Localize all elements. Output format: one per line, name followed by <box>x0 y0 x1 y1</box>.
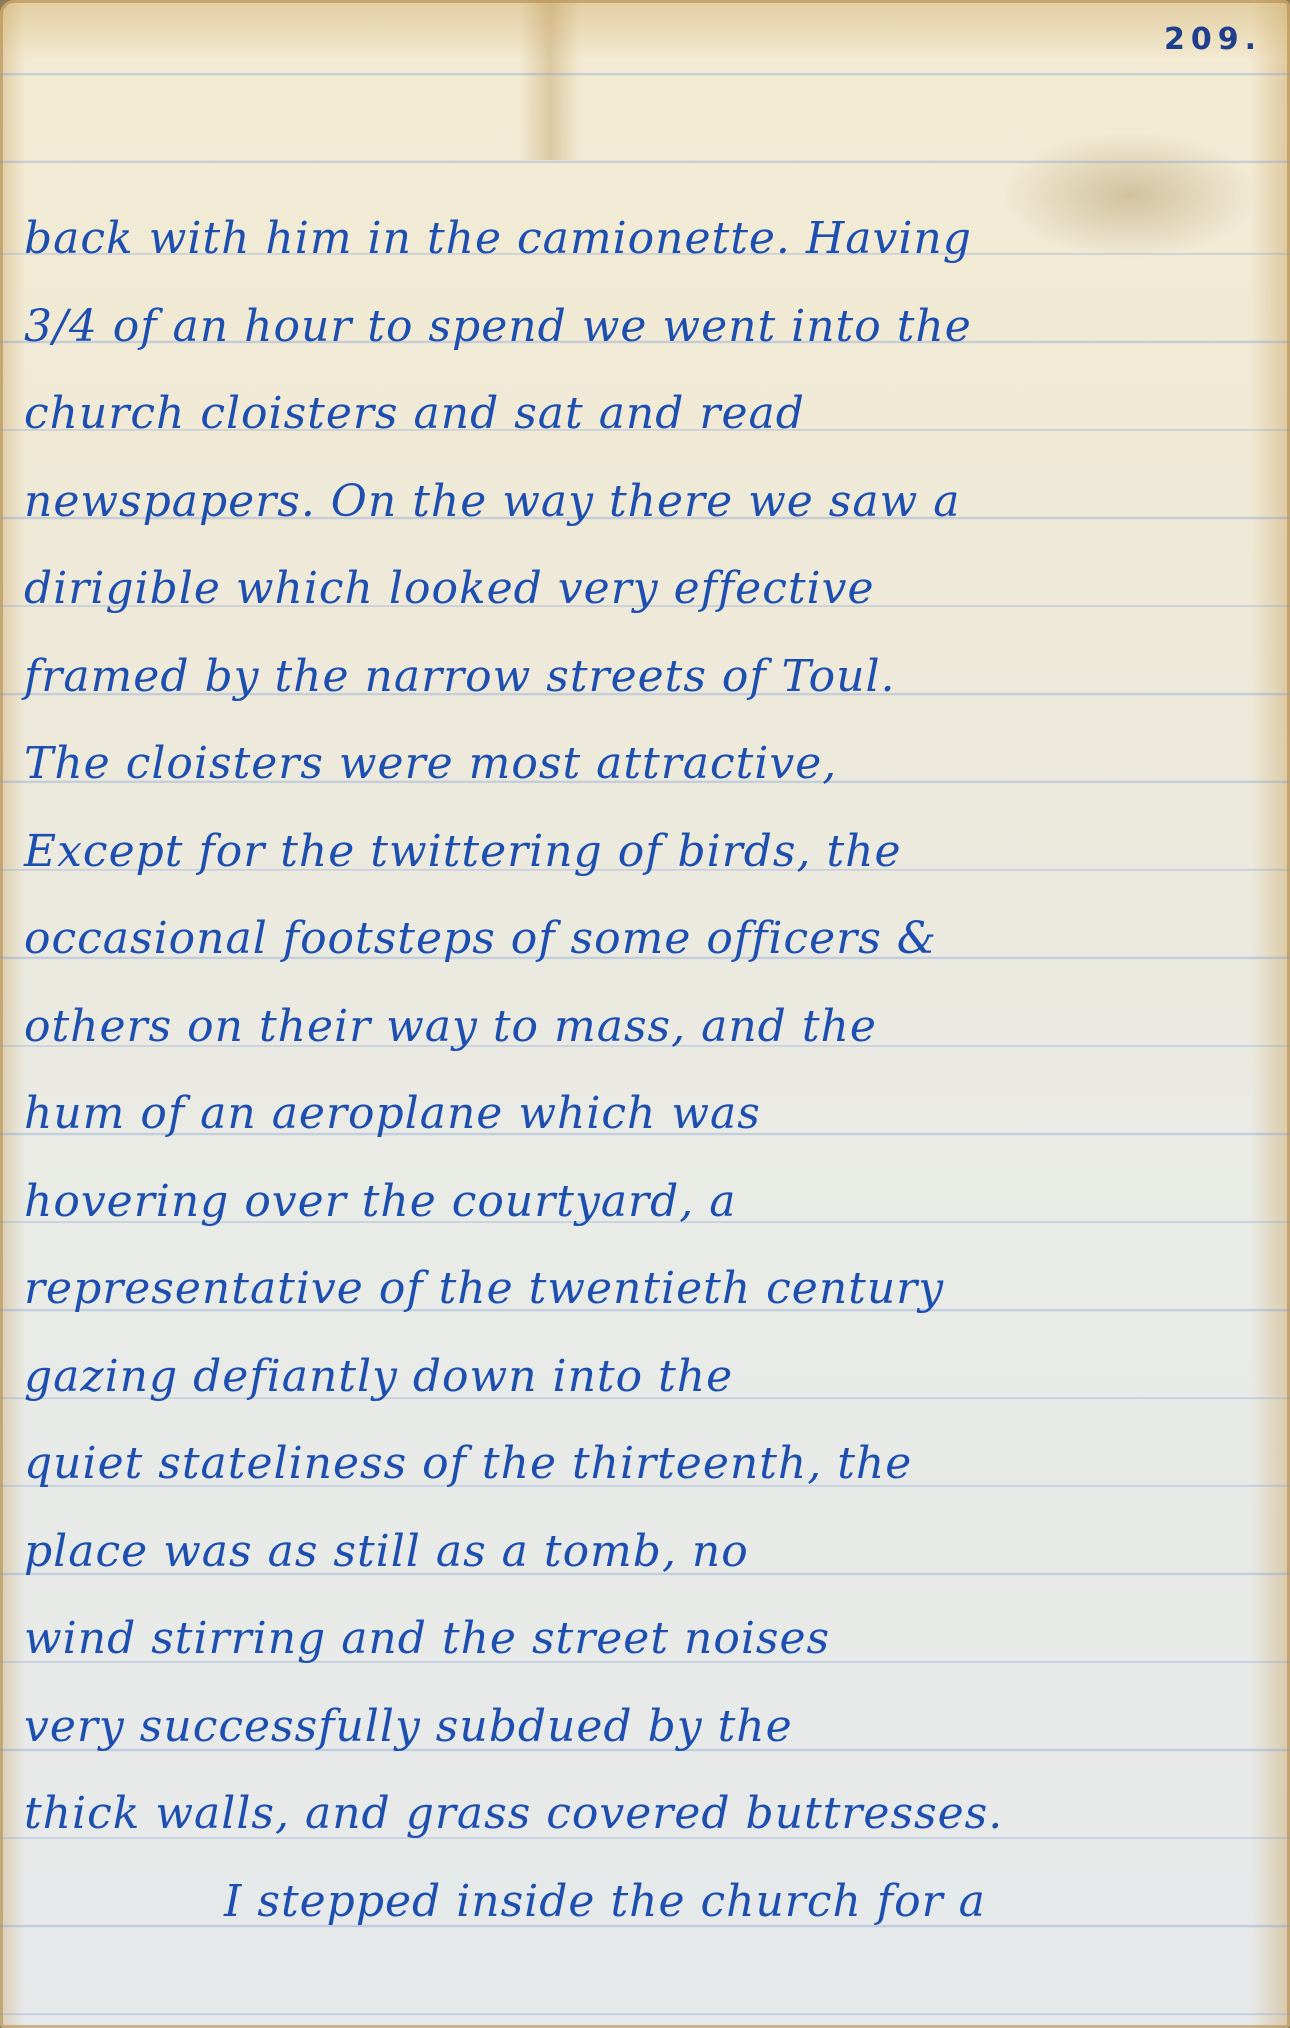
text-line: gazing defiantly down into the <box>24 1333 1264 1421</box>
text-line: hum of an aeroplane which was <box>24 1070 1264 1158</box>
text-line: place was as still as a tomb, no <box>24 1508 1264 1596</box>
text-line: very successfully subdued by the <box>24 1683 1264 1771</box>
handwritten-text: back with him in the camionette. Having … <box>24 195 1264 1945</box>
text-line: representative of the twentieth century <box>24 1245 1264 1333</box>
text-line: back with him in the camionette. Having <box>24 195 1264 283</box>
text-line: framed by the narrow streets of Toul. <box>24 633 1264 721</box>
text-line: wind stirring and the street noises <box>24 1595 1264 1683</box>
text-line: hovering over the courtyard, a <box>24 1158 1264 1246</box>
text-line: dirigible which looked very effective <box>24 545 1264 633</box>
text-line: church cloisters and sat and read <box>24 370 1264 458</box>
text-line: Except for the twittering of birds, the <box>24 808 1264 896</box>
notebook-page: 209. back with him in the camionette. Ha… <box>0 0 1290 2028</box>
text-line: others on their way to mass, and the <box>24 983 1264 1071</box>
text-line: occasional footsteps of some officers & <box>24 895 1264 983</box>
text-line: newspapers. On the way there we saw a <box>24 458 1264 546</box>
text-line: I stepped inside the church for a <box>24 1858 1264 1946</box>
text-line: The cloisters were most attractive, <box>24 720 1264 808</box>
paper-crease <box>520 0 580 160</box>
text-line: thick walls, and grass covered buttresse… <box>24 1770 1264 1858</box>
text-line: 3/4 of an hour to spend we went into the <box>24 283 1264 371</box>
text-line: quiet stateliness of the thirteenth, the <box>24 1420 1264 1508</box>
page-number: 209. <box>1164 22 1262 57</box>
